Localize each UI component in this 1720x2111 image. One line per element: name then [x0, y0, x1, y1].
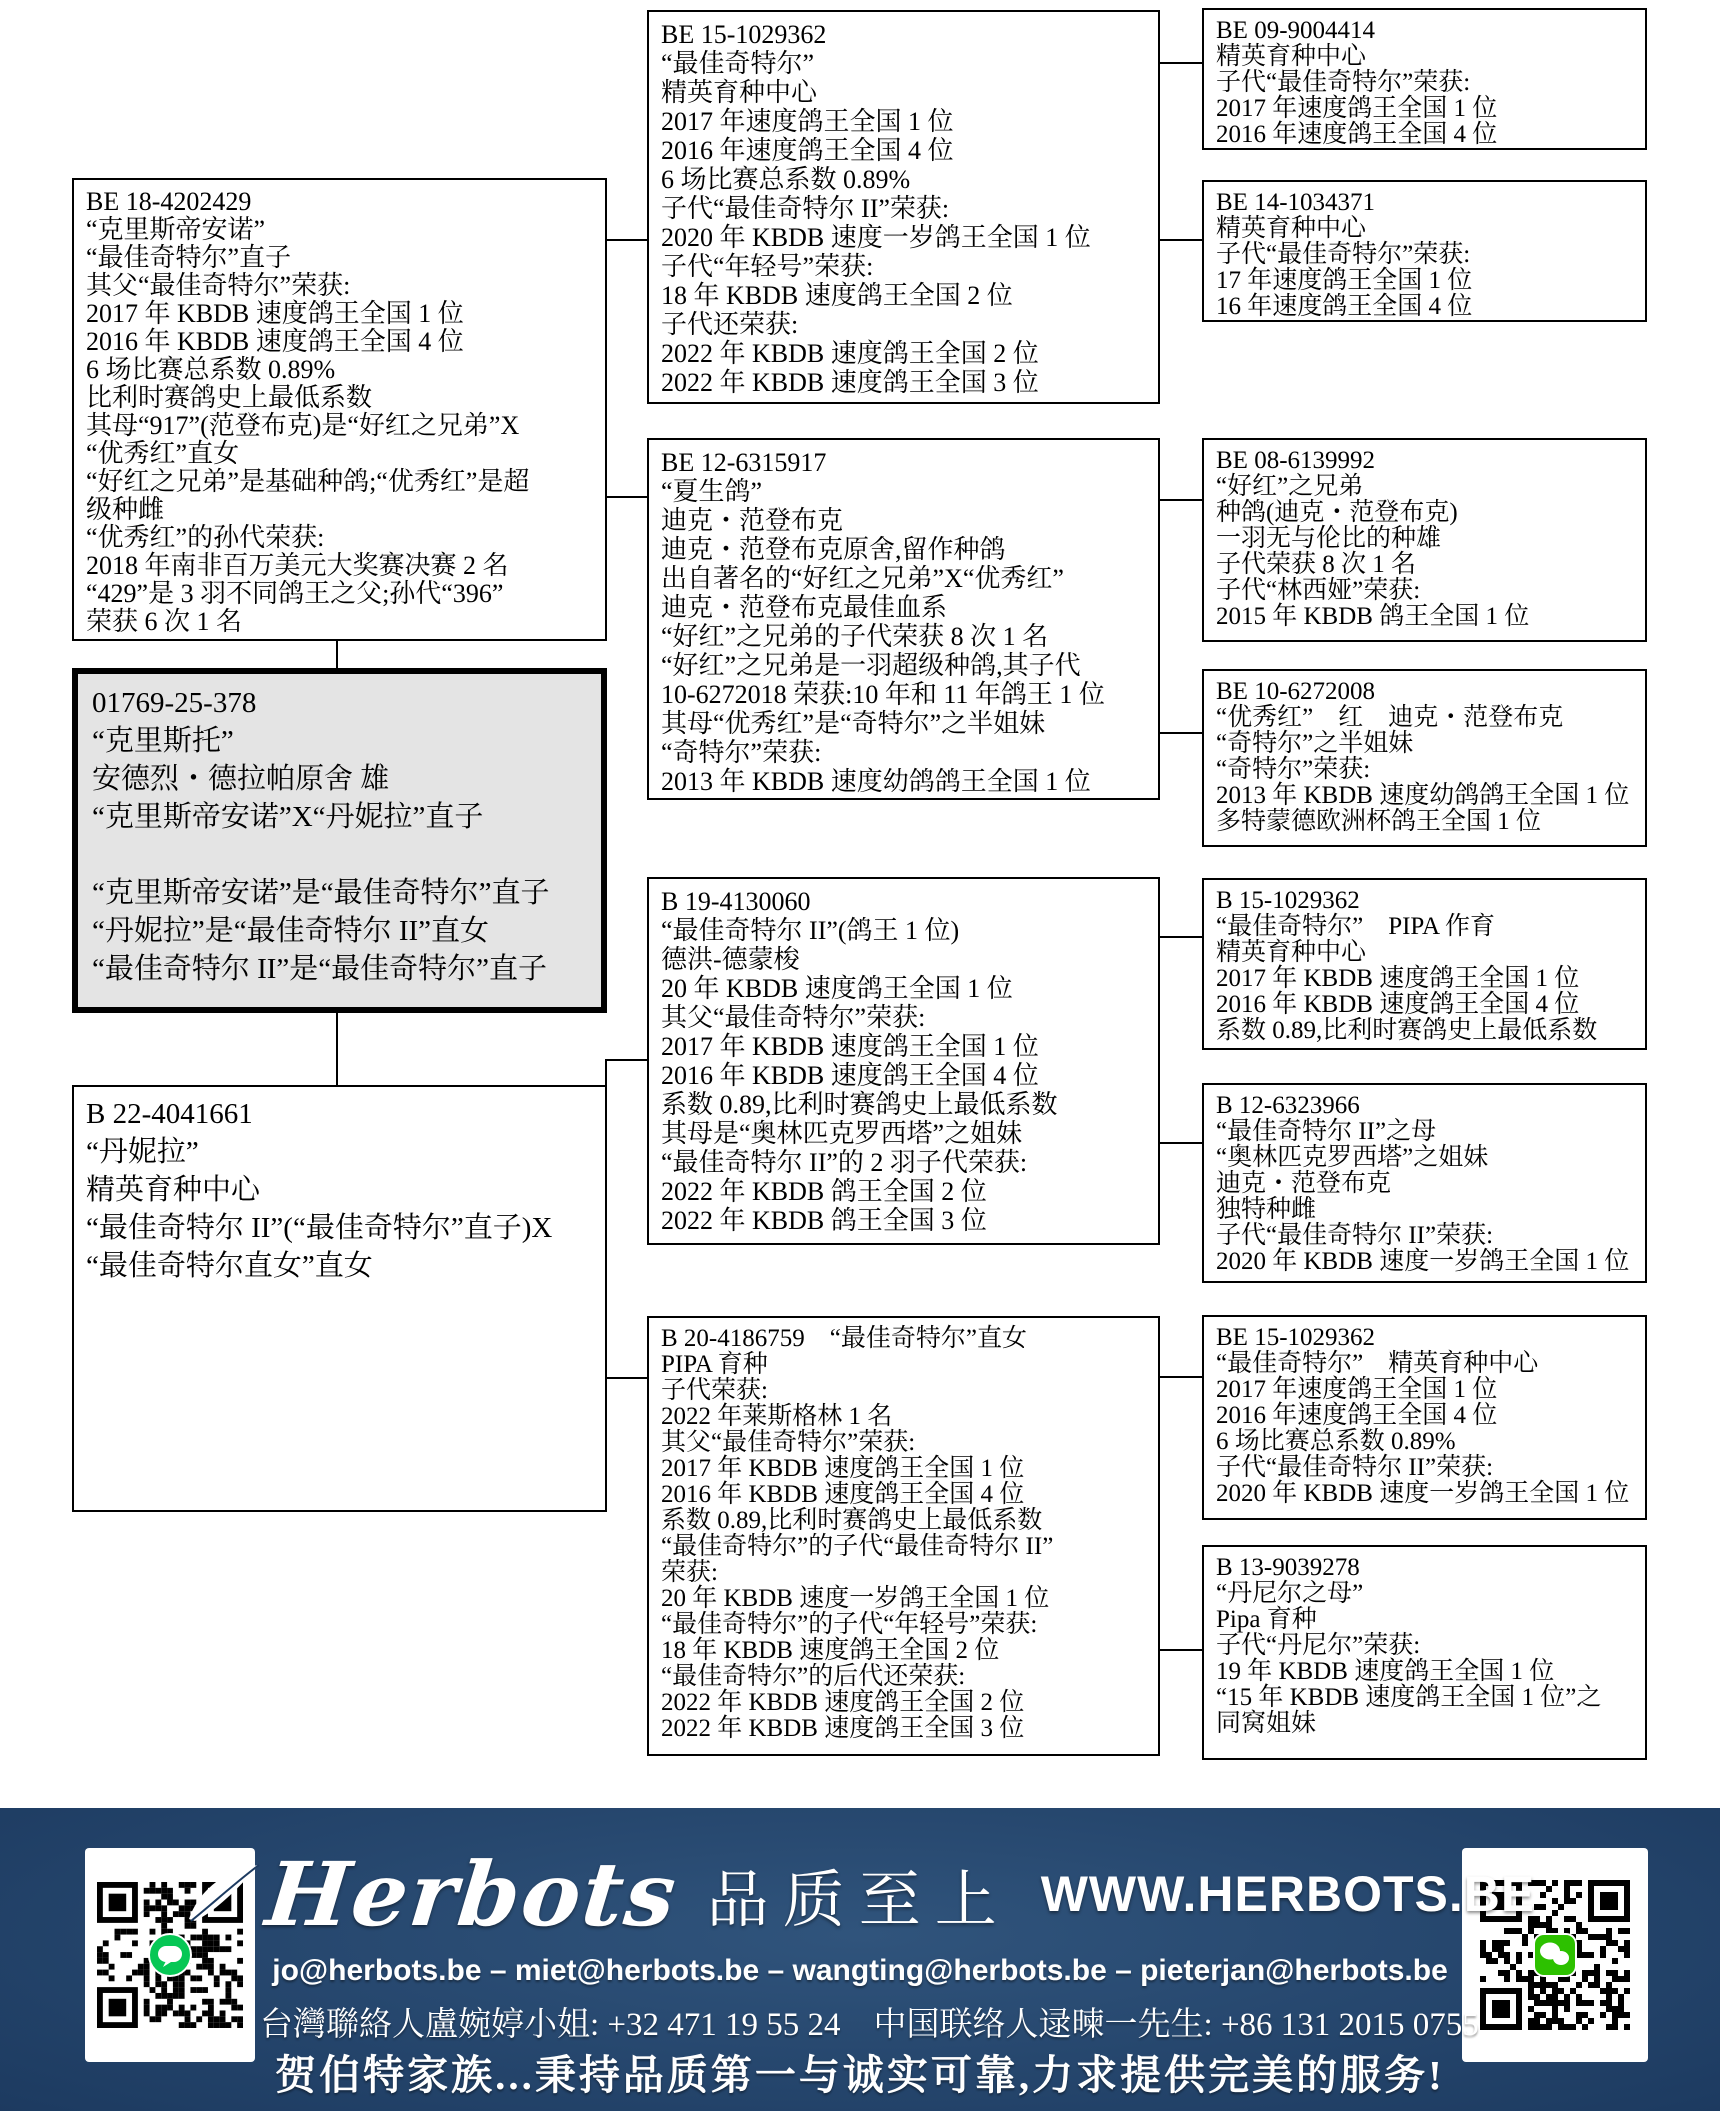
- pedigree-line: 其父“最佳奇特尔”荣获:: [661, 1003, 1146, 1032]
- pedigree-line: “奇特尔”之半姐妹: [1216, 731, 1633, 757]
- pedigree-line: “最佳奇特尔 II”(“最佳奇特尔”直子)X: [86, 1209, 593, 1247]
- pedigree-line: 2016 年速度鸽王全国 4 位: [661, 136, 1146, 165]
- pedigree-line: 精英育种中心: [1216, 216, 1633, 242]
- pedigree-line: 2016 年 KBDB 速度鸽王全国 4 位: [661, 1061, 1146, 1090]
- pedigree-line: B 12-6323966: [1216, 1093, 1633, 1119]
- pedigree-line: 20 年 KBDB 速度一岁鸽王全国 1 位: [661, 1586, 1146, 1612]
- pedigree-line: BE 08-6139992: [1216, 448, 1633, 474]
- pedigree-line: 德洪-德蒙梭: [661, 945, 1146, 974]
- pedigree-line: 种鸽(迪克・范登布克): [1216, 500, 1633, 526]
- pedigree-line: BE 09-9004414: [1216, 18, 1633, 44]
- line-icon: [148, 1933, 192, 1977]
- pedigree-line: “克里斯帝安诺”X“丹妮拉”直子: [92, 798, 587, 836]
- connector-stub: [1158, 1142, 1202, 1144]
- pedigree-line: 出自著名的“好红之兄弟”X“优秀红”: [661, 564, 1146, 593]
- pedigree-line: 2016 年 KBDB 速度鸽王全国 4 位: [86, 328, 593, 356]
- pedigree-line: “奥林匹克罗西塔”之姐妹: [1216, 1145, 1633, 1171]
- pedigree-box-be15-1029362-sire: BE 15-1029362“最佳奇特尔”精英育种中心2017 年速度鸽王全国 1…: [647, 10, 1160, 404]
- pedigree-line: 2013 年 KBDB 速度幼鸽鸽王全国 1 位: [661, 767, 1146, 796]
- pedigree-line: “优秀红” 红 迪克・范登布克: [1216, 705, 1633, 731]
- pedigree-line: 2016 年 KBDB 速度鸽王全国 4 位: [1216, 992, 1633, 1018]
- wechat-icon: [1533, 1933, 1577, 1977]
- pedigree-line: 精英育种中心: [661, 78, 1146, 107]
- pedigree-line: 同窝姐妹: [1216, 1711, 1633, 1737]
- footer-banner: Herbots 品质至上 WWW.HERBOTS.BE jo@herbots.b…: [0, 1808, 1720, 2111]
- pedigree-line: 子代“年轻号”荣获:: [661, 252, 1146, 281]
- pedigree-line: 一羽无与伦比的种雄: [1216, 526, 1633, 552]
- pedigree-line: 18 年 KBDB 速度鸽王全国 2 位: [661, 281, 1146, 310]
- pedigree-line: “克里斯托”: [92, 722, 587, 760]
- pedigree-line: “好红”之兄弟: [1216, 474, 1633, 500]
- connector-stub: [1158, 62, 1202, 64]
- pedigree-line: 子代“丹尼尔”荣获:: [1216, 1633, 1633, 1659]
- pedigree-line: 迪克・范登布克: [661, 506, 1146, 535]
- pedigree-line: 多特蒙德欧洲杯鸽王全国 1 位: [1216, 809, 1633, 835]
- pedigree-line: B 20-4186759 “最佳奇特尔”直女: [661, 1326, 1146, 1352]
- pedigree-line: “15 年 KBDB 速度鸽王全国 1 位”之: [1216, 1685, 1633, 1711]
- pedigree-box-be15-1029362-2: BE 15-1029362“最佳奇特尔” 精英育种中心2017 年速度鸽王全国 …: [1202, 1315, 1647, 1520]
- footer-tagline: 贺伯特家族...秉持品质第一与诚实可靠,力求提供完美的服务!: [260, 2042, 1460, 2101]
- pedigree-line: 子代“最佳奇特尔”荣获:: [1216, 242, 1633, 268]
- pedigree-line: 其父“最佳奇特尔”荣获:: [86, 272, 593, 300]
- pedigree-page: BE 18-4202429“克里斯帝安诺”“最佳奇特尔”直子其父“最佳奇特尔”荣…: [0, 0, 1720, 2111]
- pedigree-line: 系数 0.89,比利时赛鸽史上最低系数: [661, 1508, 1146, 1534]
- pedigree-line: 其母“优秀红”是“奇特尔”之半姐妹: [661, 709, 1146, 738]
- pedigree-line: 2017 年 KBDB 速度鸽王全国 1 位: [1216, 966, 1633, 992]
- connector-vertical-sire-group: [605, 178, 607, 498]
- pedigree-line: “最佳奇特尔” 精英育种中心: [1216, 1351, 1633, 1377]
- pedigree-line: 2017 年 KBDB 速度鸽王全国 1 位: [661, 1456, 1146, 1482]
- pedigree-line: 系数 0.89,比利时赛鸽史上最低系数: [661, 1090, 1146, 1119]
- pedigree-line: “最佳奇特尔 II”的 2 羽子代荣获:: [661, 1148, 1146, 1177]
- pedigree-line: “优秀红”的孙代荣获:: [86, 524, 593, 552]
- pedigree-line: “奇特尔”荣获:: [661, 738, 1146, 767]
- pedigree-line: 10-6272018 荣获:10 年和 11 年鸽王 1 位: [661, 680, 1146, 709]
- pedigree-line: 级种雌: [86, 496, 593, 524]
- pedigree-line: 子代“林西娅”荣获:: [1216, 578, 1633, 604]
- pedigree-line: 荣获:: [661, 1560, 1146, 1586]
- connector-stub: [1158, 1649, 1202, 1651]
- pedigree-box-be12-6315917: BE 12-6315917“夏生鸽”迪克・范登布克迪克・范登布克原舍,留作种鸽出…: [647, 438, 1160, 800]
- pedigree-line: 2022 年 KBDB 鸽王全国 3 位: [661, 1206, 1146, 1235]
- pedigree-line: “克里斯帝安诺”是“最佳奇特尔”直子: [92, 874, 587, 912]
- pedigree-line: 2017 年 KBDB 速度鸽王全国 1 位: [661, 1032, 1146, 1061]
- pedigree-line: “丹妮拉”: [86, 1133, 593, 1171]
- pedigree-line: 安德烈・德拉帕原舍 雄: [92, 760, 587, 798]
- pedigree-line: “最佳奇特尔”: [661, 49, 1146, 78]
- pedigree-line: 2022 年莱斯格林 1 名: [661, 1404, 1146, 1430]
- pedigree-line: BE 10-6272008: [1216, 679, 1633, 705]
- pedigree-line: B 22-4041661: [86, 1095, 593, 1133]
- pedigree-line: 比利时赛鸽史上最低系数: [86, 384, 593, 412]
- pedigree-line: “最佳奇特尔”直子: [86, 244, 593, 272]
- pedigree-line: 2013 年 KBDB 速度幼鸽鸽王全国 1 位: [1216, 783, 1633, 809]
- pedigree-line: BE 18-4202429: [86, 188, 593, 216]
- pedigree-line: “最佳奇特尔” PIPA 作育: [1216, 914, 1633, 940]
- pedigree-box-subject-01769-25-378: 01769-25-378“克里斯托”安德烈・德拉帕原舍 雄“克里斯帝安诺”X“丹…: [72, 668, 607, 1013]
- pedigree-line: BE 12-6315917: [661, 448, 1146, 477]
- connector-stub: [1158, 732, 1202, 734]
- pedigree-line: 迪克・范登布克最佳血系: [661, 593, 1146, 622]
- connector-stub: [1158, 936, 1202, 938]
- pedigree-box-be14-1034371: BE 14-1034371精英育种中心子代“最佳奇特尔”荣获:17 年速度鸽王全…: [1202, 180, 1647, 322]
- pedigree-line: 精英育种中心: [86, 1171, 593, 1209]
- pedigree-line: 16 年速度鸽王全国 4 位: [1216, 294, 1633, 320]
- pedigree-box-be08-6139992: BE 08-6139992“好红”之兄弟种鸽(迪克・范登布克)一羽无与伦比的种雄…: [1202, 438, 1647, 642]
- pedigree-box-be18-4202429: BE 18-4202429“克里斯帝安诺”“最佳奇特尔”直子其父“最佳奇特尔”荣…: [72, 178, 607, 641]
- pedigree-line: B 19-4130060: [661, 887, 1146, 916]
- pedigree-line: “429”是 3 羽不同鸽王之父;孙代“396”: [86, 580, 593, 608]
- pedigree-line: 2022 年 KBDB 鸽王全国 2 位: [661, 1177, 1146, 1206]
- pedigree-line: 独特种雌: [1216, 1197, 1633, 1223]
- pedigree-box-be09-9004414: BE 09-9004414精英育种中心子代“最佳奇特尔”荣获:2017 年速度鸽…: [1202, 8, 1647, 150]
- pedigree-line: Pipa 育种: [1216, 1607, 1633, 1633]
- footer-cn-slogan: 品质至上: [707, 1850, 1011, 1939]
- pedigree-line: 其父“最佳奇特尔”荣获:: [661, 1430, 1146, 1456]
- pedigree-line: 20 年 KBDB 速度鸽王全国 1 位: [661, 974, 1146, 1003]
- pedigree-line: 子代荣获 8 次 1 名: [1216, 552, 1633, 578]
- pedigree-line: “奇特尔”荣获:: [1216, 757, 1633, 783]
- pedigree-line: “丹尼尔之母”: [1216, 1581, 1633, 1607]
- pedigree-box-b15-1029362: B 15-1029362“最佳奇特尔” PIPA 作育精英育种中心2017 年 …: [1202, 878, 1647, 1050]
- connector-stub: [605, 1377, 647, 1379]
- pedigree-line: 2022 年 KBDB 速度鸽王全国 3 位: [661, 368, 1146, 397]
- pedigree-line: 2022 年 KBDB 速度鸽王全国 2 位: [661, 339, 1146, 368]
- pedigree-line: 系数 0.89,比利时赛鸽史上最低系数: [1216, 1018, 1633, 1044]
- connector-stub: [605, 496, 647, 498]
- pedigree-line: “最佳奇特尔”的子代“年轻号”荣获:: [661, 1612, 1146, 1638]
- pedigree-line: 6 场比赛总系数 0.89%: [86, 356, 593, 384]
- pedigree-line: [92, 836, 587, 874]
- pedigree-line: 2016 年速度鸽王全国 4 位: [1216, 1403, 1633, 1429]
- footer-emails: jo@herbots.be – miet@herbots.be – wangti…: [260, 1954, 1460, 1988]
- pedigree-line: “好红”之兄弟的子代荣获 8 次 1 名: [661, 622, 1146, 651]
- herbots-logo: Herbots: [185, 1850, 677, 1938]
- pedigree-line: 6 场比赛总系数 0.89%: [661, 165, 1146, 194]
- feather-icon: [185, 1861, 263, 1927]
- pedigree-line: 2016 年 KBDB 速度鸽王全国 4 位: [661, 1482, 1146, 1508]
- pedigree-box-b20-4186759: B 20-4186759 “最佳奇特尔”直女PIPA 育种子代荣获:2022 年…: [647, 1316, 1160, 1756]
- pedigree-line: 6 场比赛总系数 0.89%: [1216, 1429, 1633, 1455]
- pedigree-line: “最佳奇特尔”的后代还荣获:: [661, 1664, 1146, 1690]
- pedigree-line: 子代还荣获:: [661, 310, 1146, 339]
- pedigree-line: 2017 年速度鸽王全国 1 位: [1216, 96, 1633, 122]
- connector-subject-dam: [336, 1013, 338, 1085]
- pedigree-line: 其母“917”(范登布克)是“好红之兄弟”X: [86, 412, 593, 440]
- pedigree-line: 2017 年速度鸽王全国 1 位: [1216, 1377, 1633, 1403]
- pedigree-line: BE 15-1029362: [1216, 1325, 1633, 1351]
- pedigree-line: 01769-25-378: [92, 684, 587, 722]
- pedigree-box-b22-4041661: B 22-4041661“丹妮拉”精英育种中心“最佳奇特尔 II”(“最佳奇特尔…: [72, 1085, 607, 1512]
- pedigree-line: 子代荣获:: [661, 1378, 1146, 1404]
- pedigree-line: BE 15-1029362: [661, 20, 1146, 49]
- pedigree-line: 19 年 KBDB 速度鸽王全国 1 位: [1216, 1659, 1633, 1685]
- pedigree-box-b19-4130060: B 19-4130060“最佳奇特尔 II”(鸽王 1 位)德洪-德蒙梭20 年…: [647, 877, 1160, 1245]
- pedigree-line: “最佳奇特尔”的子代“最佳奇特尔 II”: [661, 1534, 1146, 1560]
- footer-contacts: 台灣聯絡人盧婉婷小姐: +32 471 19 55 24 中国联络人逯暕一先生:…: [260, 1998, 1460, 2045]
- pedigree-line: “克里斯帝安诺”: [86, 216, 593, 244]
- connector-stub: [605, 239, 647, 241]
- pedigree-line: 子代“最佳奇特尔 II”荣获:: [661, 194, 1146, 223]
- pedigree-line: 精英育种中心: [1216, 940, 1633, 966]
- pedigree-box-be10-6272008: BE 10-6272008“优秀红” 红 迪克・范登布克“奇特尔”之半姐妹“奇特…: [1202, 669, 1647, 847]
- pedigree-line: 子代“最佳奇特尔”荣获:: [1216, 70, 1633, 96]
- pedigree-line: 2018 年南非百万美元大奖赛决赛 2 名: [86, 552, 593, 580]
- pedigree-line: BE 14-1034371: [1216, 190, 1633, 216]
- pedigree-line: B 15-1029362: [1216, 888, 1633, 914]
- pedigree-line: 荣获 6 次 1 名: [86, 608, 593, 636]
- pedigree-line: 2022 年 KBDB 速度鸽王全国 3 位: [661, 1716, 1146, 1742]
- pedigree-line: “夏生鸽”: [661, 477, 1146, 506]
- pedigree-line: 子代“最佳奇特尔 II”荣获:: [1216, 1223, 1633, 1249]
- pedigree-line: 迪克・范登布克原舍,留作种鸽: [661, 535, 1146, 564]
- connector-stub: [1158, 239, 1202, 241]
- connector-subject-sire: [336, 641, 338, 668]
- pedigree-line: “好红之兄弟”是基础种鸽;“优秀红”是超: [86, 468, 593, 496]
- pedigree-line: “优秀红”直女: [86, 440, 593, 468]
- pedigree-line: 2020 年 KBDB 速度一岁鸽王全国 1 位: [1216, 1249, 1633, 1275]
- pedigree-line: 子代“最佳奇特尔 II”荣获:: [1216, 1455, 1633, 1481]
- website-url: WWW.HERBOTS.BE: [1041, 1865, 1536, 1923]
- pedigree-line: 2016 年速度鸽王全国 4 位: [1216, 122, 1633, 148]
- pedigree-line: 2017 年 KBDB 速度鸽王全国 1 位: [86, 300, 593, 328]
- pedigree-line: “最佳奇特尔 II”是“最佳奇特尔”直子: [92, 950, 587, 988]
- pedigree-box-b12-6323966: B 12-6323966“最佳奇特尔 II”之母“奥林匹克罗西塔”之姐妹迪克・范…: [1202, 1083, 1647, 1283]
- pedigree-line: B 13-9039278: [1216, 1555, 1633, 1581]
- pedigree-line: “最佳奇特尔 II”(鸽王 1 位): [661, 916, 1146, 945]
- pedigree-line: “最佳奇特尔直女”直女: [86, 1247, 593, 1285]
- pedigree-line: 2020 年 KBDB 速度一岁鸽王全国 1 位: [661, 223, 1146, 252]
- pedigree-line: 其母是“奥林匹克罗西塔”之姐妹: [661, 1119, 1146, 1148]
- connector-stub: [605, 1059, 647, 1061]
- pedigree-line: 17 年速度鸽王全国 1 位: [1216, 268, 1633, 294]
- pedigree-line: 18 年 KBDB 速度鸽王全国 2 位: [661, 1638, 1146, 1664]
- brand-name: Herbots: [262, 1850, 681, 1938]
- pedigree-line: “丹妮拉”是“最佳奇特尔 II”直女: [92, 912, 587, 950]
- pedigree-line: 2020 年 KBDB 速度一岁鸽王全国 1 位: [1216, 1481, 1633, 1507]
- pedigree-line: “好红”之兄弟是一羽超级种鸽,其子代: [661, 651, 1146, 680]
- footer-brand-row: Herbots 品质至上 WWW.HERBOTS.BE: [260, 1836, 1460, 1952]
- pedigree-line: 迪克・范登布克: [1216, 1171, 1633, 1197]
- pedigree-line: 2015 年 KBDB 鸽王全国 1 位: [1216, 604, 1633, 630]
- pedigree-line: 精英育种中心: [1216, 44, 1633, 70]
- pedigree-line: 2017 年速度鸽王全国 1 位: [661, 107, 1146, 136]
- pedigree-line: PIPA 育种: [661, 1352, 1146, 1378]
- pedigree-line: “最佳奇特尔 II”之母: [1216, 1119, 1633, 1145]
- pedigree-box-b13-9039278: B 13-9039278“丹尼尔之母”Pipa 育种子代“丹尼尔”荣获:19 年…: [1202, 1545, 1647, 1760]
- connector-stub: [1158, 1376, 1202, 1378]
- connector-stub: [1158, 499, 1202, 501]
- connector-vertical-dam-group: [605, 1059, 607, 1512]
- pedigree-line: 2022 年 KBDB 速度鸽王全国 2 位: [661, 1690, 1146, 1716]
